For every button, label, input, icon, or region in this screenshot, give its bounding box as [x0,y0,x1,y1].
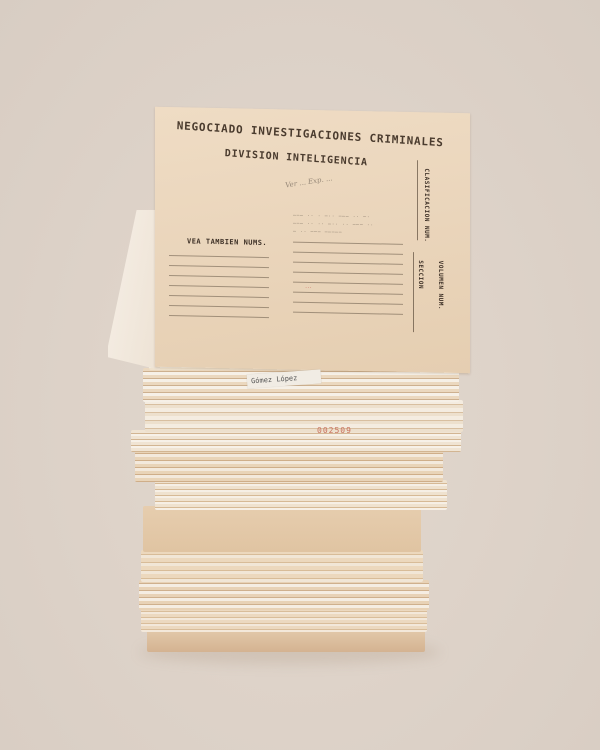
see-also-label: VEA TAMBIEN NUMS. [187,237,267,247]
ruled-line [293,272,403,275]
volume-label: VOLUMEN NUM. [437,261,444,311]
ruled-line [293,312,403,315]
section-label: SECCION [417,260,424,289]
paper-layer [141,608,427,632]
ruled-line [169,295,269,298]
paper-layer [147,630,425,652]
ruled-line [293,252,403,255]
ruled-line [169,315,269,318]
photo-background: NEGOCIADO INVESTIGACIONES CRIMINALES DIV… [0,0,600,750]
folder-cover: NEGOCIADO INVESTIGACIONES CRIMINALES DIV… [155,107,470,374]
file-stack: NEGOCIADO INVESTIGACIONES CRIMINALES DIV… [105,110,475,655]
classification-box-border [417,160,418,240]
ruled-line [169,265,269,268]
paper-layer [139,580,429,610]
ruled-line [293,242,403,245]
classification-label: CLASIFICACION NUM. [423,168,430,242]
ruled-line [293,292,403,295]
ruled-line [293,262,403,265]
serial-number: 002509 [317,426,352,435]
header-line-1: NEGOCIADO INVESTIGACIONES CRIMINALES [176,119,444,149]
paper-layer [145,400,463,432]
red-annotation: ... [305,282,312,290]
ruled-line [169,285,269,288]
paper-layer [143,506,421,552]
handwritten-note: Ver ... Exp. ... [285,174,333,189]
paper-layer [135,450,443,482]
ruled-line [169,255,269,258]
ruled-line [169,305,269,308]
ruled-line [169,275,269,278]
section-box-border [413,252,414,332]
header-line-2: DIVISION INTELIGENCIA [225,148,369,168]
ruled-line [293,302,403,305]
paper-layer [141,550,423,582]
paper-layer [131,430,461,452]
typed-text-line: ……… .. .. ….. .. ……… .. [293,220,374,228]
typed-text-line: ……… .. . ….. ……… .. …. [293,212,370,220]
typed-text-line: … .. ……… …………… [293,228,342,235]
paper-layer [155,480,447,510]
